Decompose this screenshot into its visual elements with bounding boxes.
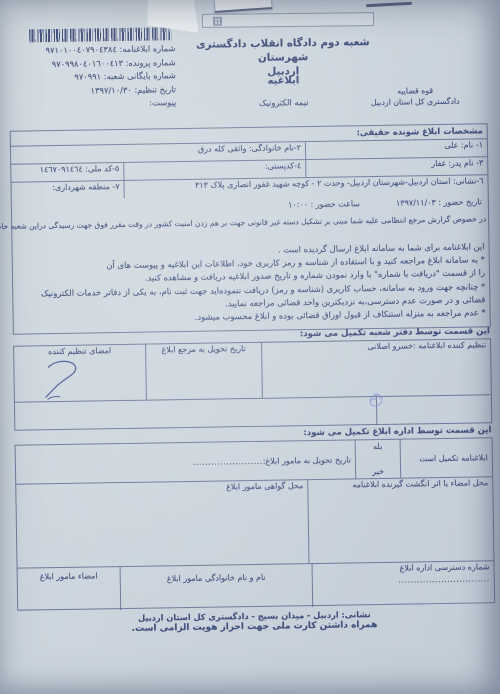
field-national-id: ٥-کد ملی: ١٤٦٧٠٩١٤٦٤ bbox=[11, 163, 124, 182]
branch-section: تنظیم کننده ابلاغنامه :خسرو اصلانی تاریخ… bbox=[13, 338, 492, 430]
yes-option: بله bbox=[356, 442, 400, 452]
dispatch-section-title: این قسمت توسط اداره ابلاغ تکمیل می شود: bbox=[303, 425, 491, 438]
handwritten-signature bbox=[28, 357, 109, 400]
blue-ink-stamp bbox=[365, 389, 387, 411]
delivery-date-cell: تاریخ تحویل به مرجع ابلاغ bbox=[146, 343, 263, 400]
scanned-court-notification: { "header": { "refs": [ {"label": "شماره… bbox=[0, 0, 500, 694]
officer-name-cell: نام و نام خانوادگی مامور ابلاغ bbox=[121, 564, 314, 610]
no-option: خیر bbox=[356, 467, 400, 477]
court-name: شعبه دوم دادگاه انقلاب دادگستری شهرستان … bbox=[180, 35, 386, 80]
officer-certification-area: محل گواهی مامور ابلاغ bbox=[16, 480, 309, 568]
officer-signature-cell: امضاء مامور ابلاغ bbox=[18, 567, 122, 612]
document-title: ابلاغیه bbox=[181, 74, 386, 88]
field-municipal-district: ٧- منطقه شهرداری: bbox=[12, 181, 125, 200]
form-sheet: شماره ابلاغنامه: ٩٧١٠١٠٠٤٠٧٩٠٤٣٨٤ شماره … bbox=[0, 0, 500, 694]
reference-numbers: شماره ابلاغنامه: ٩٧١٠١٠٠٤٠٧٩٠٤٣٨٤ شماره … bbox=[0, 42, 176, 113]
field-father-name: ٣- نام پدر: غفار bbox=[306, 157, 487, 177]
stamp-grid-icon bbox=[213, 17, 222, 26]
branch-section-title: این قسمت توسط دفتر شعبه تکمیل می شود: bbox=[300, 326, 490, 339]
empty-cell bbox=[377, 395, 491, 425]
field-postal-code: ٤-کدپستی: bbox=[124, 160, 306, 180]
hearing-date: تاریخ حضور : ١٣٩٧/١١/٠٣ bbox=[396, 197, 482, 207]
recipient-section: مشخصات ابلاغ شونده حقیقی: ١- نام: علی ٢-… bbox=[10, 123, 491, 334]
dispatch-access-number: شماره دسترسی اداره ابلاغ ...............… bbox=[313, 561, 495, 607]
empty-cell bbox=[15, 397, 377, 431]
document-subtitle: نیمه الکترونیک bbox=[181, 96, 386, 109]
hearing-time: ساعت حضور : ١٠:٠٠ bbox=[288, 199, 360, 209]
dispatch-section: ابلاغنامه تکمیل است بله خیر تاریخ تحویل … bbox=[15, 437, 496, 610]
notification-complete-label: ابلاغنامه تکمیل است bbox=[401, 438, 493, 477]
preparer-signature-cell: امضای تنظیم کننده bbox=[14, 345, 147, 402]
ref-attachment: پیوست: bbox=[0, 97, 176, 113]
field-name: ١- نام: علی bbox=[306, 139, 487, 159]
yes-no-cell: بله خیر bbox=[356, 440, 402, 479]
judiciary-header: قوه قضاییه دادگستری کل استان اردبیل bbox=[359, 85, 471, 108]
electronic-notice-text: این ابلاغنامه برای شما به سامانه ابلاغ ا… bbox=[12, 223, 489, 327]
stamp-field-box bbox=[202, 12, 374, 28]
barcode-icon bbox=[29, 27, 171, 42]
officer-delivery-date: تاریخ تحویل به مامور ابلاغ:.............… bbox=[16, 440, 357, 483]
signature-label: امضای تنظیم کننده bbox=[48, 346, 111, 356]
recipient-signature-area: محل امضاء یا اثر انگشت گیرنده ابلاغنامه bbox=[308, 477, 493, 563]
